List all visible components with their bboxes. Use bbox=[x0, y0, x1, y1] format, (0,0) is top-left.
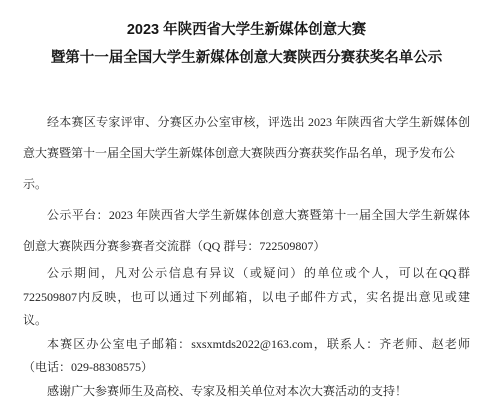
title-line-2: 暨第十一届全国大学生新媒体创意大赛陕西分赛获奖名单公示 bbox=[23, 44, 470, 72]
document-page: 2023 年陕西省大学生新媒体创意大赛 暨第十一届全国大学生新媒体创意大赛陕西分… bbox=[0, 0, 498, 401]
paragraph-line: 经本赛区专家评审、分赛区办公室审核，评选出 2023 年陕西省大学生新媒体创 bbox=[23, 107, 470, 138]
paragraph-line: 公示平台：2023 年陕西省大学生新媒体创意大赛暨第十一届全国大学生新媒体 bbox=[23, 200, 470, 231]
paragraph-line: 创意大赛陕西分赛参赛者交流群（QQ 群号：722509807） bbox=[23, 231, 470, 262]
paragraph-line: 公示期间，凡对公示信息有异议（或疑问）的单位或个人，可以在QQ群 bbox=[23, 262, 470, 286]
paragraph-line: 议。 bbox=[23, 309, 470, 333]
paragraph-line: 感谢广大参赛师生及高校、专家及相关单位对本次大赛活动的支持！ bbox=[23, 380, 470, 401]
paragraph-line: 本赛区办公室电子邮箱：sxsxmtds2022@163.com，联系人：齐老师、… bbox=[23, 333, 470, 357]
document-body: 经本赛区专家评审、分赛区办公室审核，评选出 2023 年陕西省大学生新媒体创 意… bbox=[23, 107, 470, 401]
paragraph-line: 意大赛暨第十一届全国大学生新媒体创意大赛陕西分赛获奖作品名单，现予发布公示。 bbox=[23, 138, 470, 200]
title-line-1: 2023 年陕西省大学生新媒体创意大赛 bbox=[23, 16, 470, 44]
document-title: 2023 年陕西省大学生新媒体创意大赛 暨第十一届全国大学生新媒体创意大赛陕西分… bbox=[23, 16, 470, 72]
paragraph-line: 722509807内反映，也可以通过下列邮箱，以电子邮件方式，实名提出意见或建 bbox=[23, 286, 470, 310]
paragraph-line: （电话：029-88308575） bbox=[23, 356, 470, 380]
